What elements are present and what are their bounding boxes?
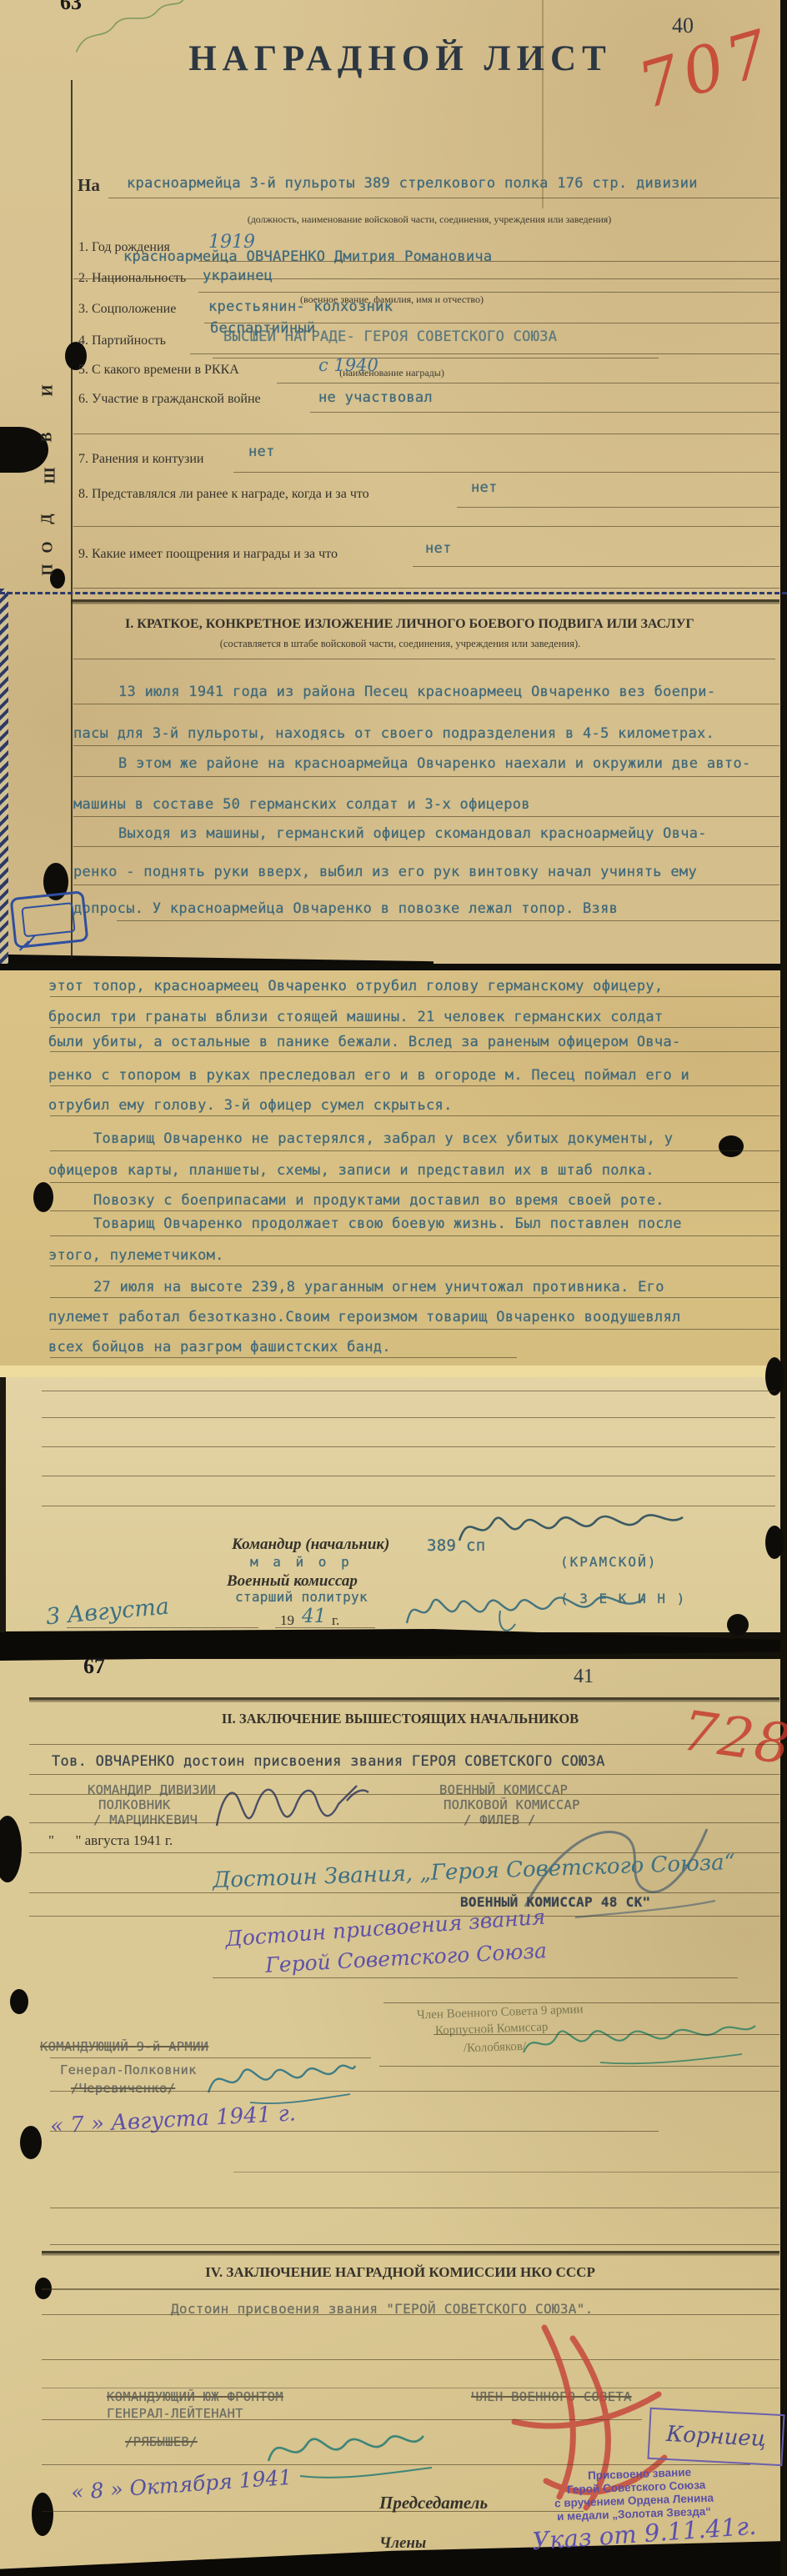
ruled-line [50, 2091, 779, 2092]
page-number: 41 [574, 1666, 594, 1688]
story-line: 13 июля 1941 года из района Песец красно… [73, 684, 787, 700]
commander-label: Командир (начальник) [232, 1536, 389, 1554]
field-label: 3. Соцположение [78, 302, 176, 317]
ruled-line [117, 920, 779, 921]
story-line: были убиты, а остальные в панике бежали.… [48, 1034, 779, 1050]
ruled-line [310, 412, 779, 413]
paper-seam [0, 1366, 787, 1377]
ruled-line [42, 1417, 775, 1418]
ruled-line [42, 2314, 779, 2315]
section2-title: II. ЗАКЛЮЧЕНИЕ ВЫШЕСТОЯЩИХ НАЧАЛЬНИКОВ [150, 1711, 650, 1727]
division-commander-title: КОМАНДИР ДИВИЗИИ [88, 1782, 216, 1797]
story-line: всех бойцов на разгром фашистских банд. [48, 1339, 779, 1356]
ruled-line [50, 2208, 779, 2208]
story-line: этого, пулеметчиком. [48, 1247, 779, 1264]
award-hint: (наименование награды) [267, 367, 517, 379]
ruled-line [73, 526, 779, 527]
unit-line: красноармейца 3-й пульроты 389 стрелково… [127, 175, 698, 192]
ruled-line [233, 472, 779, 473]
unit-hint: (должность, наименование войсковой части… [196, 213, 663, 226]
division-commissar-title: ВОЕННЫЙ КОМИССАР [439, 1782, 568, 1797]
field-label: 9. Какие имеет поощрения и награды и за … [78, 547, 338, 562]
ruled-line [213, 1977, 738, 1978]
name-line: красноармейца ОВЧАРЕНКО Дмитрия Романови… [123, 248, 492, 265]
story-line: Товарищ Овчаренко продолжает свою боевую… [48, 1215, 787, 1232]
field-value: украинец [203, 268, 273, 284]
field-value: 1919 [208, 232, 255, 253]
story-line: ренко с топором в руках преследовал его … [48, 1067, 779, 1084]
ruled-line [42, 2288, 779, 2290]
story-line: ренко - поднять руки вверх, выбил из его… [73, 864, 779, 880]
story-line: 27 июля на высоте 239,8 ураганным огнем … [48, 1279, 787, 1296]
document-title: НАГРАДНОЙ ЛИСТ [154, 38, 646, 79]
field-label: 8. Представлялся ли ранее к награде, ког… [78, 487, 369, 502]
margin-letter: П [39, 564, 57, 575]
ruled-line [73, 816, 779, 817]
field-label: 5. С какого времени в РККА [78, 363, 239, 378]
story-line: Товарищ Овчаренко не растерялся, забрал … [48, 1130, 787, 1147]
ruled-line [73, 776, 779, 777]
ruled-line [73, 704, 779, 704]
paper-segment-1 [0, 0, 787, 964]
ruled-line [50, 1027, 779, 1028]
date-year-suffix: г. [332, 1612, 339, 1629]
field-value: нет [425, 540, 452, 557]
field-label: 6. Участие в гражданской войне [78, 392, 261, 407]
scan-gap-shadow [0, 1629, 787, 1661]
ruled-line [29, 1794, 779, 1795]
story-line: офицеров карты, планшеты, схемы, записи … [48, 1162, 779, 1179]
ruled-line [50, 1150, 779, 1151]
ruled-line [42, 2464, 750, 2465]
front-commander-name: /РЯБЫШЕВ/ [125, 2434, 198, 2449]
story-line: этот топор, красноармеец Овчаренко отруб… [48, 978, 779, 995]
ruled-line [42, 1391, 775, 1391]
ink-blot [765, 1526, 784, 1559]
commissar-name: ( З Е К И Н ) [560, 1591, 686, 1606]
ink-blot [32, 2493, 53, 2536]
margin-letter: В [38, 432, 56, 442]
ruled-line [190, 353, 779, 354]
story-line: пулемет работал безотказно.Своим героизм… [48, 1309, 779, 1326]
section1-subtitle: (составляется в штабе войсковой части, с… [167, 638, 634, 650]
field-label: 7. Ранения и контузии [78, 452, 203, 467]
ruled-line [73, 659, 775, 659]
field-label: 2. Национальность [78, 271, 186, 286]
ruled-line [198, 292, 779, 293]
commissar-label: Военный комиссар [227, 1572, 358, 1591]
commissar-rank: старший политрук [235, 1589, 368, 1605]
ruled-line [50, 1235, 779, 1236]
field-value: крестьянин- колхозник [208, 298, 393, 315]
hole-punch [727, 1614, 749, 1636]
ruled-line [50, 1115, 779, 1116]
ruled-line [50, 1265, 779, 1266]
division-commander-rank: ПОЛКОВНИК [98, 1797, 171, 1812]
ruled-line [50, 1329, 779, 1330]
ruled-line [67, 1627, 258, 1628]
ruled-line [50, 2131, 659, 2132]
field-value: нет [471, 479, 498, 496]
ruled-line [233, 2172, 779, 2173]
ruled-line [42, 2419, 642, 2420]
margin-letter: Д [38, 514, 56, 524]
commander-rank: м а й о р [250, 1554, 353, 1570]
army-commander-title: КОМАНДУЮЩИЙ 9-й АРМИИ [40, 2039, 208, 2054]
ruled-line [73, 588, 779, 589]
ruled-line [50, 1182, 779, 1183]
ruled-line [379, 2066, 779, 2067]
story-line: пасы для 3-й пульроты, находясь от своег… [73, 725, 779, 742]
field-value: беспартийный [210, 320, 315, 337]
ruled-line [457, 507, 779, 508]
commander-name: (КРАМСКОЙ) [560, 1554, 657, 1570]
ruled-line [50, 996, 779, 997]
story-line: Выходя из машины, германский офицер ском… [73, 825, 787, 842]
field-value: нет [248, 444, 275, 460]
handwritten-date-year: 41 [302, 1606, 326, 1627]
margin-letter: И [39, 384, 57, 396]
ruled-line [108, 198, 779, 198]
signature-kolobyakov [517, 2004, 767, 2079]
award-sheet-scan: 63 НАГРАДНОЙ ЛИСТ 40 707 На красноармейц… [0, 0, 787, 2576]
signature-marcinkevich [207, 1774, 373, 1841]
ink-blot [20, 2126, 42, 2159]
field-value: с 1940 [318, 355, 378, 375]
ruled-line [434, 2034, 779, 2035]
stamp-commissar-48sk: ВОЕННЫЙ КОМИССАР 48 СК" [460, 1894, 650, 1910]
ink-blot [10, 1989, 28, 2014]
ruled-line [42, 1446, 775, 1447]
ruled-line [29, 1774, 779, 1775]
story-line: отрубил ему голову. 3-й офицер сумел скр… [48, 1097, 779, 1114]
scan-seam [0, 964, 787, 970]
field-label: 4. Партийность [78, 333, 166, 348]
ruled-line [213, 358, 659, 358]
division-commander-name: / МАРЦИНКЕВИЧ [93, 1812, 198, 1827]
ruled-line [73, 846, 779, 847]
section4-title: IV. ЗАКЛЮЧЕНИЕ НАГРАДНОЙ КОМИССИИ НКО СС… [167, 2264, 634, 2281]
members-label: Члены [379, 2534, 426, 2553]
ruled-line [413, 566, 779, 567]
section-divider [42, 2251, 779, 2253]
scan-left-edge [0, 1377, 6, 1632]
archival-clip-mark [5, 883, 95, 956]
margin-letter: О [39, 541, 57, 553]
date-august-line: " " августа 1941 г. [48, 1832, 173, 1849]
ruled-line [50, 1085, 779, 1086]
ruled-line [42, 1476, 775, 1476]
archive-page-number-top: 67 [83, 1654, 105, 1679]
form-border-line [71, 80, 73, 959]
story-line: В этом же районе на красноармейца Овчаре… [73, 755, 787, 772]
field-na-label: На [78, 175, 100, 196]
ruled-line [29, 1744, 779, 1745]
section1-title: I. КРАТКОЕ, КОНКРЕТНОЕ ИЗЛОЖЕНИЕ ЛИЧНОГО… [125, 617, 667, 632]
conclusion-line: Тов. ОВЧАРЕНКО достоин присвоения звания… [52, 1753, 605, 1770]
story-line: допросы. У красноармейца Овчаренко в пов… [73, 900, 779, 917]
date-year-prefix: 19 [280, 1612, 294, 1629]
ruled-line [73, 885, 779, 885]
signature-kramskoy [454, 1499, 688, 1557]
section-divider [29, 1697, 779, 1700]
ruled-line [275, 1627, 375, 1628]
field-value: не участвовал [318, 389, 433, 406]
signature-cherevichenko [200, 2044, 358, 2111]
korniec-note-box: Корниец [647, 2408, 784, 2466]
story-line: Повозку с боеприпасами и продуктами дост… [48, 1192, 787, 1209]
stitch-dashed-line [0, 592, 787, 594]
front-commander-title: КОМАНДУЮЩИЙ ЮЖ ФРОНТОМ [107, 2389, 283, 2404]
ruled-line [50, 1210, 779, 1211]
ruled-line [50, 1051, 779, 1052]
ruled-line [198, 261, 779, 262]
signature-zekin [400, 1577, 650, 1640]
margin-letter: Ш [41, 468, 58, 484]
ruled-line [277, 383, 779, 383]
ruled-line [73, 745, 779, 746]
army-commander-rank: Генерал-Полковник [60, 2062, 197, 2077]
ruled-line [50, 1357, 517, 1358]
ruled-line [50, 2244, 779, 2245]
ruled-line [29, 1892, 779, 1893]
army-commander-name: /Черевиченко/ [71, 2081, 175, 2096]
story-line: бросил три гранаты вблизи стоящей машины… [48, 1009, 779, 1025]
story-line: машины в составе 50 германских солдат и … [73, 796, 779, 813]
ruled-line [73, 434, 779, 434]
section-divider [71, 599, 779, 602]
ruled-line [50, 1297, 779, 1298]
ruled-line [42, 2511, 584, 2512]
korniec-note: Корниец [665, 2422, 766, 2452]
field-label: 1. Год рождения [78, 240, 170, 255]
